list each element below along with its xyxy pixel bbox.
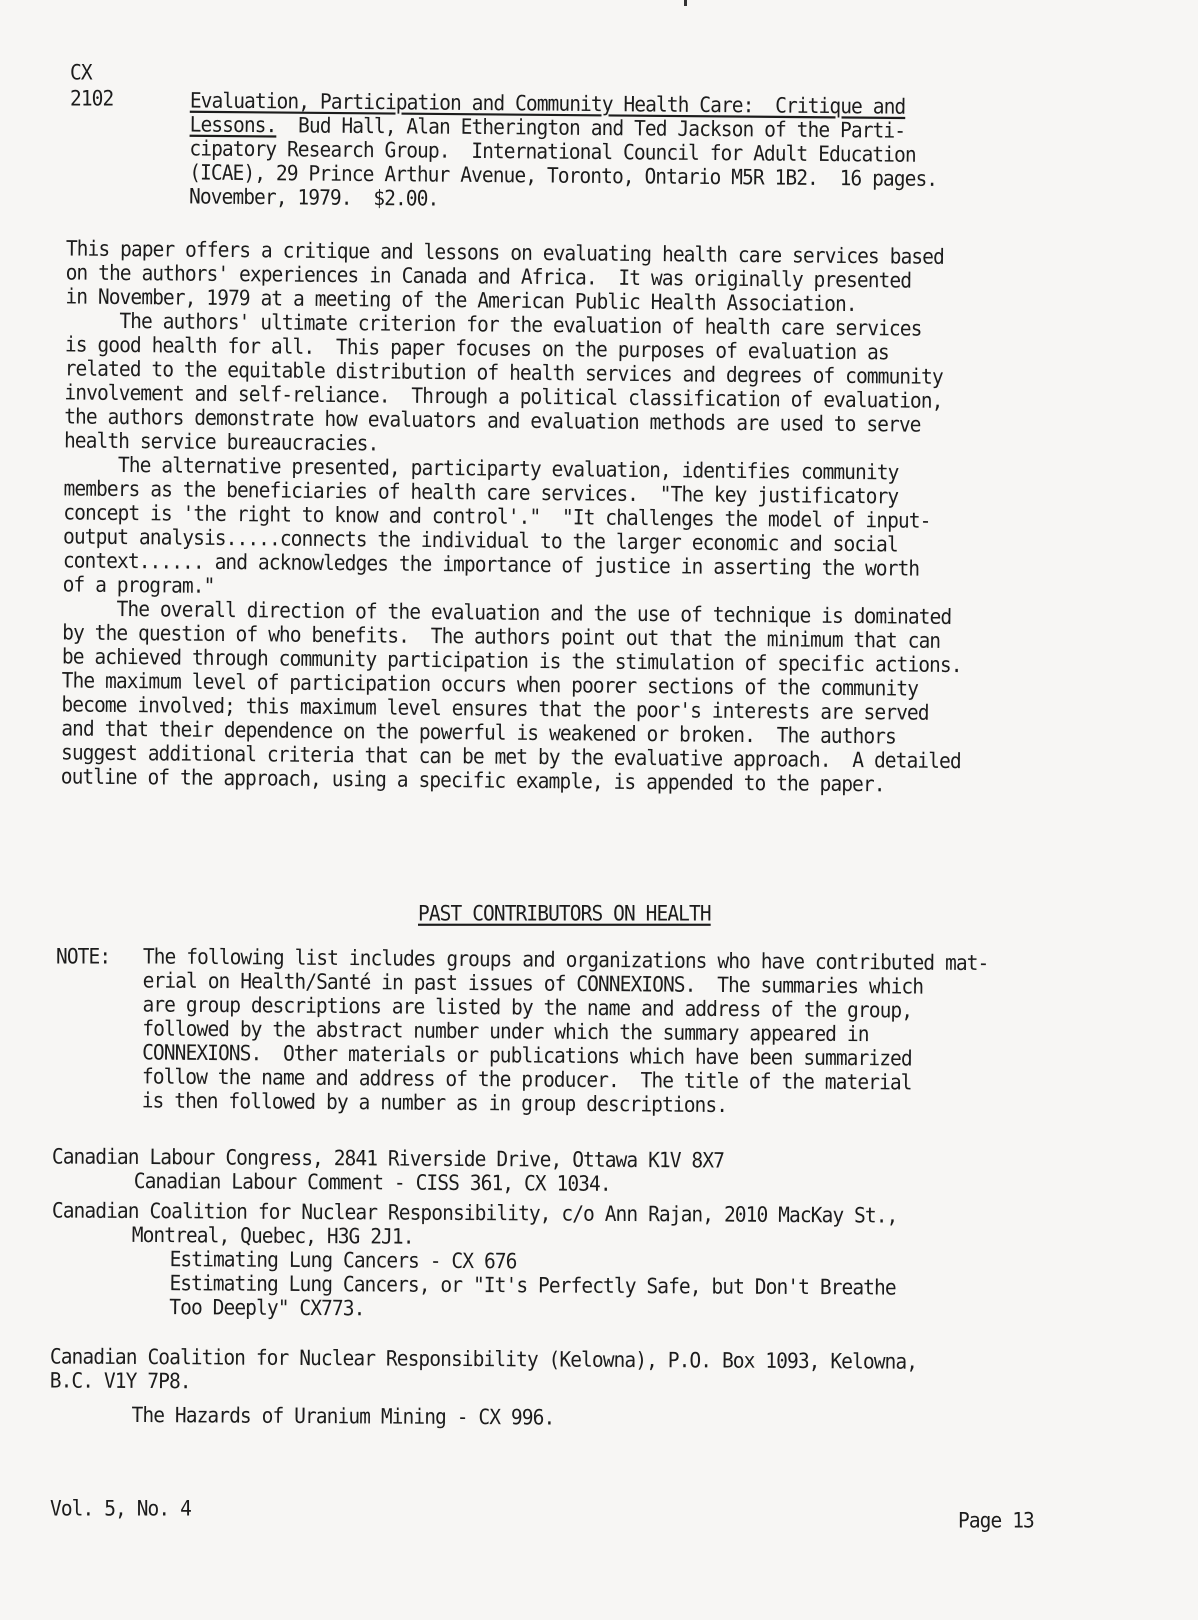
footer-volume: Vol. 5, No. 4 bbox=[50, 1496, 191, 1522]
contributor-entry: Canadian Coalition for Nuclear Responsib… bbox=[49, 1344, 917, 1431]
abstract-citation: Evaluation, Participation and Community … bbox=[189, 88, 938, 215]
note-line: is then followed by a number as in group… bbox=[142, 1088, 988, 1121]
abstract-number: 2102 bbox=[70, 86, 113, 112]
note-label: NOTE: bbox=[56, 944, 110, 970]
note-body: The following list includes groups and o… bbox=[142, 944, 989, 1119]
contributor-entry: Canadian Labour Congress, 2841 Riverside… bbox=[52, 1144, 724, 1196]
contributor-publication: Too Deeply" CX773. bbox=[51, 1294, 897, 1325]
citation-date-price: November, 1979. $2.00. bbox=[189, 184, 937, 216]
contributor-name-address: B.C. V1Y 7P8. bbox=[50, 1368, 917, 1399]
section-heading: PAST CONTRIBUTORS ON HEALTH bbox=[418, 901, 711, 927]
citation-title-line2: Lessons. bbox=[190, 112, 277, 138]
cx-label: CX bbox=[70, 60, 92, 86]
document-page: CX 2102 Evaluation, Participation and Co… bbox=[0, 0, 1198, 1620]
contributor-entry: Canadian Coalition for Nuclear Responsib… bbox=[51, 1198, 897, 1323]
contributor-publication: Canadian Labour Comment - CISS 361, CX 1… bbox=[52, 1168, 724, 1198]
abstract-body: This paper offers a critique and lessons… bbox=[61, 236, 966, 797]
footer-page-number: Page 13 bbox=[958, 1508, 1034, 1534]
contributor-publication: The Hazards of Uranium Mining - CX 996. bbox=[49, 1402, 916, 1433]
scan-mark bbox=[684, 0, 687, 6]
